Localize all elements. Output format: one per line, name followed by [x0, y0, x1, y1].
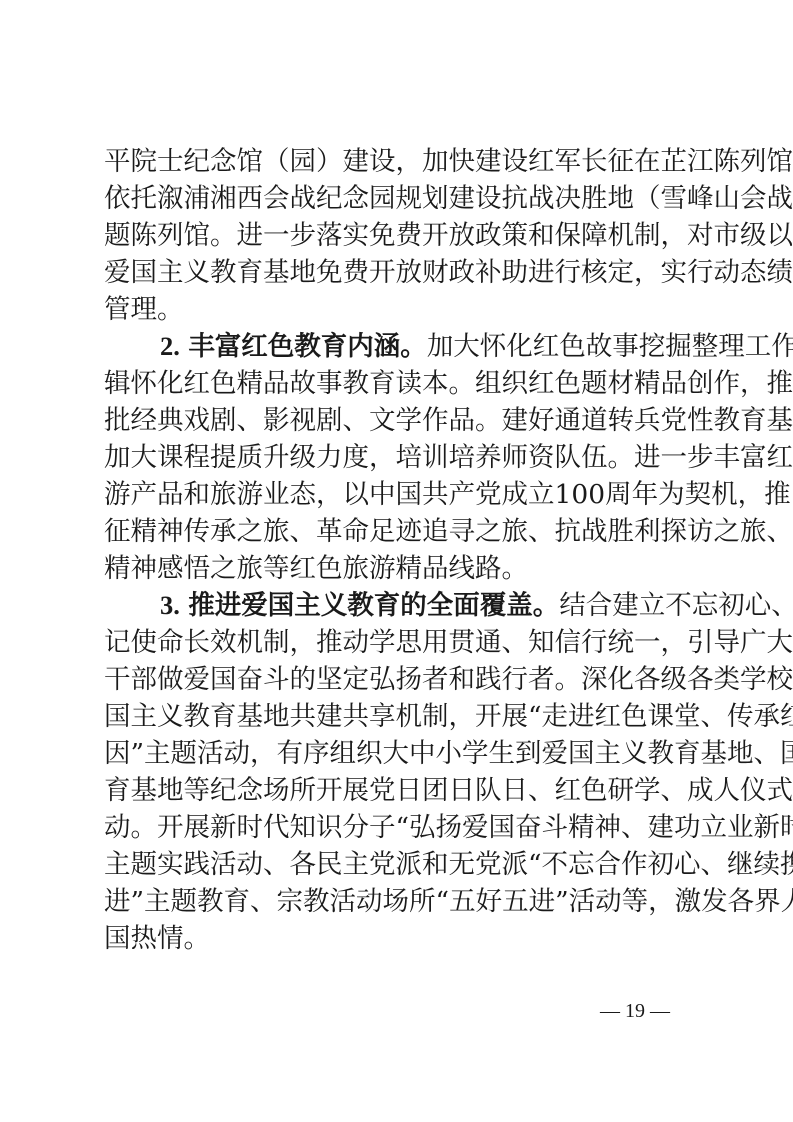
text-line: 干部做爱国奋斗的坚定弘扬者和践行者。深化各级各类学校与爱	[104, 661, 694, 698]
text-line: 动。开展新时代知识分子“弘扬爱国奋斗精神、建功立业新时代”	[104, 809, 694, 846]
section-heading-line: 2. 丰富红色教育内涵。加大怀化红色故事挖掘整理工作，编	[104, 328, 694, 365]
section-heading-line: 3. 推进爱国主义教育的全面覆盖。结合建立不忘初心、牢	[104, 587, 694, 624]
text-line: 国热情。	[104, 920, 694, 957]
document-page: 平院士纪念馆（园）建设，加快建设红军长征在芷江陈列馆建设， 依托溆浦湘西会战纪念…	[104, 143, 694, 957]
section-number: 2.	[160, 331, 180, 361]
text-line: 题陈列馆。进一步落实免费开放政策和保障机制，对市级以上	[104, 217, 694, 254]
text-span: 加大怀化红色故事挖掘整理工作，编	[427, 331, 793, 362]
section-number: 3.	[160, 590, 180, 620]
text-line: 记使命长效机制，推动学思用贯通、知信行统一，引导广大党员	[104, 624, 694, 661]
text-line: 管理。	[104, 291, 694, 328]
text-line: 征精神传承之旅、革命足迹追寻之旅、抗战胜利探访之旅、时代	[104, 513, 694, 550]
section-heading: 推进爱国主义教育的全面覆盖。	[188, 590, 559, 621]
text-span: 结合建立不忘初心、牢	[559, 590, 793, 621]
text-line: 主题实践活动、各民主党派和无党派“不忘合作初心、继续携手前	[104, 846, 694, 883]
text-line: 育基地等纪念场所开展党日团日队日、红色研学、成人仪式等活	[104, 772, 694, 809]
text-line: 爱国主义教育基地免费开放财政补助进行核定，实行动态绩效	[104, 254, 694, 291]
text-line: 游产品和旅游业态，以中国共产党成立100周年为契机，推出长	[104, 476, 694, 513]
page-number: — 19 —	[600, 1000, 700, 1023]
text-line: 精神感悟之旅等红色旅游精品线路。	[104, 550, 694, 587]
paragraph-section-3: 3. 推进爱国主义教育的全面覆盖。结合建立不忘初心、牢 记使命长效机制，推动学思…	[104, 587, 694, 957]
text-line: 平院士纪念馆（园）建设，加快建设红军长征在芷江陈列馆建设，	[104, 143, 694, 180]
paragraph-section-2: 2. 丰富红色教育内涵。加大怀化红色故事挖掘整理工作，编 辑怀化红色精品故事教育…	[104, 328, 694, 587]
text-line: 进”主题教育、宗教活动场所“五好五进”活动等，激发各界人士爱	[104, 883, 694, 920]
text-line: 辑怀化红色精品故事教育读本。组织红色题材精品创作，推出一	[104, 365, 694, 402]
text-line: 因”主题活动，有序组织大中小学生到爱国主义教育基地、国防教	[104, 735, 694, 772]
text-line: 加大课程提质升级力度，培训培养师资队伍。进一步丰富红色旅	[104, 439, 694, 476]
text-line: 批经典戏剧、影视剧、文学作品。建好通道转兵党性教育基地，	[104, 402, 694, 439]
text-line: 国主义教育基地共建共享机制，开展“走进红色课堂、传承红色基	[104, 698, 694, 735]
section-heading: 丰富红色教育内涵。	[188, 331, 427, 362]
text-line: 依托溆浦湘西会战纪念园规划建设抗战决胜地（雪峰山会战）专	[104, 180, 694, 217]
paragraph-continuation: 平院士纪念馆（园）建设，加快建设红军长征在芷江陈列馆建设， 依托溆浦湘西会战纪念…	[104, 143, 694, 328]
